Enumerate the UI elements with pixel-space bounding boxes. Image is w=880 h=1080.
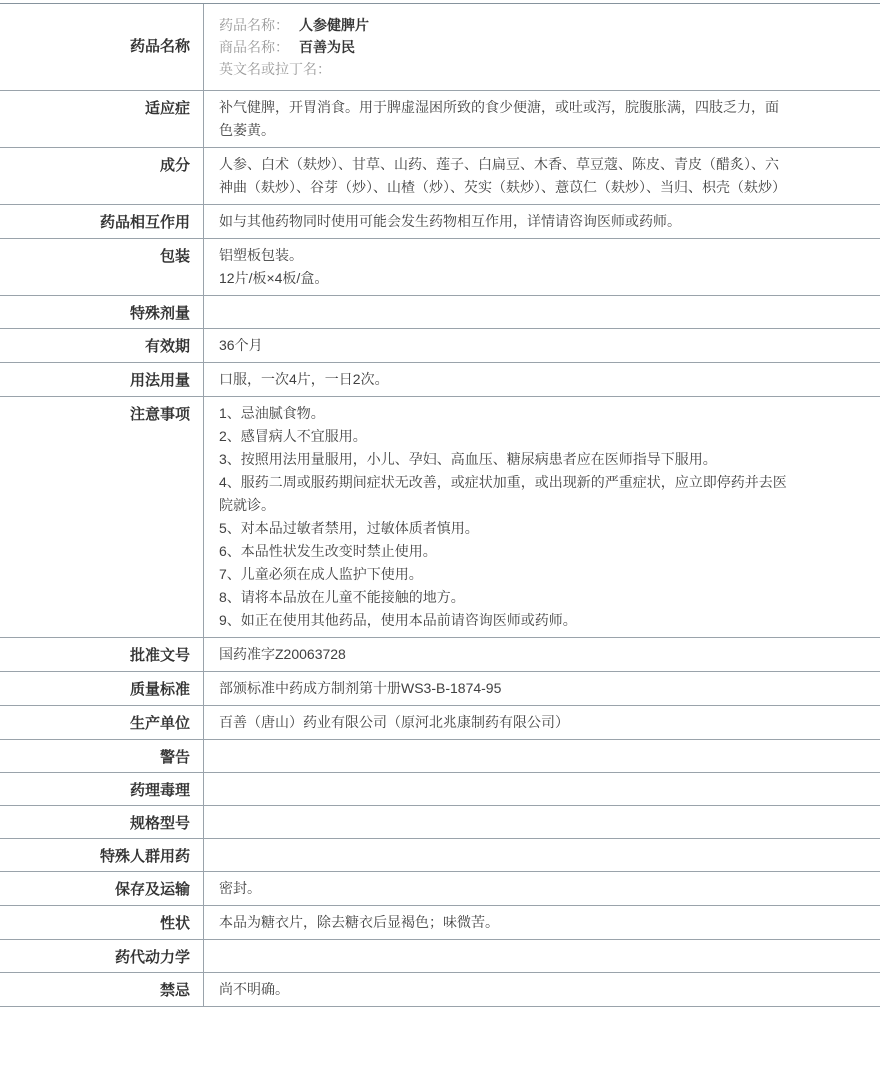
row-label: 用法用量 bbox=[0, 363, 203, 396]
row-content: 密封。 bbox=[219, 877, 789, 900]
row-content: 药品名称：人参健脾片 商品名称：百善为民 英文名或拉丁名： bbox=[203, 4, 880, 90]
field-key: 药品名称： bbox=[219, 17, 289, 33]
row-label: 性状 bbox=[0, 906, 203, 939]
row-label: 适应症 bbox=[0, 91, 203, 147]
row-special-dosage: 特殊剂量 bbox=[0, 296, 880, 329]
row-approval-number: 批准文号 国药准字Z20063728 bbox=[0, 638, 880, 672]
row-shelf-life: 有效期 36个月 bbox=[0, 329, 880, 363]
row-label: 药品相互作用 bbox=[0, 205, 203, 238]
drug-info-table: 药品名称 药品名称：人参健脾片 商品名称：百善为民 英文名或拉丁名： 适应症 补… bbox=[0, 3, 880, 1007]
row-content: 补气健脾，开胃消食。用于脾虚湿困所致的食少便溏，或吐或泻，脘腹胀满，四肢乏力，面… bbox=[219, 96, 789, 142]
row-label: 成分 bbox=[0, 148, 203, 204]
row-label: 特殊剂量 bbox=[0, 296, 203, 328]
drug-name-field: 药品名称：人参健脾片 bbox=[219, 14, 870, 36]
row-manufacturer: 生产单位 百善（唐山）药业有限公司（原河北兆康制药有限公司） bbox=[0, 706, 880, 740]
row-content: 1、忌油腻食物。 2、感冒病人不宜服用。 3、按照用法用量服用，小儿、孕妇、高血… bbox=[219, 402, 789, 632]
row-contraindications: 禁忌 尚不明确。 bbox=[0, 973, 880, 1007]
english-name-field: 英文名或拉丁名： bbox=[219, 58, 870, 80]
row-label: 禁忌 bbox=[0, 973, 203, 1006]
row-specification: 规格型号 bbox=[0, 806, 880, 839]
row-content: 人参、白术（麸炒）、甘草、山药、莲子、白扁豆、木香、草豆蔻、陈皮、青皮（醋炙）、… bbox=[219, 153, 789, 199]
row-dosage-usage: 用法用量 口服，一次4片，一日2次。 bbox=[0, 363, 880, 397]
row-label: 注意事项 bbox=[0, 397, 203, 637]
row-label: 包装 bbox=[0, 239, 203, 295]
row-label: 生产单位 bbox=[0, 706, 203, 739]
row-label: 质量标准 bbox=[0, 672, 203, 705]
row-content: 国药准字Z20063728 bbox=[219, 643, 789, 666]
row-label: 特殊人群用药 bbox=[0, 839, 203, 871]
field-value: 人参健脾片 bbox=[299, 17, 369, 33]
row-content: 部颁标准中药成方制剂第十册WS3-B-1874-95 bbox=[219, 677, 789, 700]
row-drug-interactions: 药品相互作用 如与其他药物同时使用可能会发生药物相互作用，详情请咨询医师或药师。 bbox=[0, 205, 880, 239]
row-properties: 性状 本品为糖衣片，除去糖衣后显褐色；味微苦。 bbox=[0, 906, 880, 940]
row-label: 药代动力学 bbox=[0, 940, 203, 972]
row-pharmacokinetics: 药代动力学 bbox=[0, 940, 880, 973]
row-content: 本品为糖衣片，除去糖衣后显褐色；味微苦。 bbox=[219, 911, 789, 934]
row-label: 规格型号 bbox=[0, 806, 203, 838]
row-label: 有效期 bbox=[0, 329, 203, 362]
row-content: 尚不明确。 bbox=[219, 978, 789, 1001]
row-indications: 适应症 补气健脾，开胃消食。用于脾虚湿困所致的食少便溏，或吐或泻，脘腹胀满，四肢… bbox=[0, 91, 880, 148]
row-label: 药品名称 bbox=[0, 4, 203, 90]
row-warning: 警告 bbox=[0, 740, 880, 773]
row-special-populations: 特殊人群用药 bbox=[0, 839, 880, 872]
row-content: 百善（唐山）药业有限公司（原河北兆康制药有限公司） bbox=[219, 711, 789, 734]
row-label: 药理毒理 bbox=[0, 773, 203, 805]
field-key: 商品名称： bbox=[219, 39, 289, 55]
row-drug-name: 药品名称 药品名称：人参健脾片 商品名称：百善为民 英文名或拉丁名： bbox=[0, 4, 880, 91]
row-label: 保存及运输 bbox=[0, 872, 203, 905]
row-content: 铝塑板包装。 12片/板×4板/盒。 bbox=[219, 244, 789, 290]
row-pharmacology-toxicology: 药理毒理 bbox=[0, 773, 880, 806]
field-value: 百善为民 bbox=[299, 39, 355, 55]
row-ingredients: 成分 人参、白术（麸炒）、甘草、山药、莲子、白扁豆、木香、草豆蔻、陈皮、青皮（醋… bbox=[0, 148, 880, 205]
field-key: 英文名或拉丁名： bbox=[219, 61, 331, 77]
row-storage-transport: 保存及运输 密封。 bbox=[0, 872, 880, 906]
row-quality-standard: 质量标准 部颁标准中药成方制剂第十册WS3-B-1874-95 bbox=[0, 672, 880, 706]
row-label: 批准文号 bbox=[0, 638, 203, 671]
row-label: 警告 bbox=[0, 740, 203, 772]
row-precautions: 注意事项 1、忌油腻食物。 2、感冒病人不宜服用。 3、按照用法用量服用，小儿、… bbox=[0, 397, 880, 638]
row-content: 36个月 bbox=[219, 334, 789, 357]
row-packaging: 包装 铝塑板包装。 12片/板×4板/盒。 bbox=[0, 239, 880, 296]
row-content: 如与其他药物同时使用可能会发生药物相互作用，详情请咨询医师或药师。 bbox=[219, 210, 789, 233]
trade-name-field: 商品名称：百善为民 bbox=[219, 36, 870, 58]
row-content: 口服，一次4片，一日2次。 bbox=[219, 368, 789, 391]
